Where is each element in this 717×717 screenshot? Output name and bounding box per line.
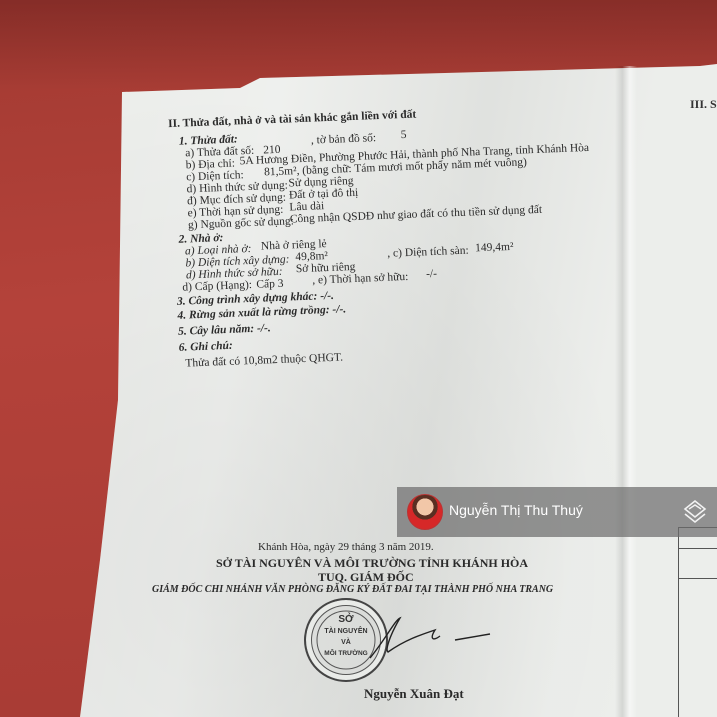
on-behalf: TUQ. GIÁM ĐỐC — [318, 570, 414, 585]
floor-area: 149,4m² — [475, 241, 514, 254]
grade: Cấp 3 — [256, 278, 284, 291]
user-watermark-bar[interactable]: Nguyễn Thị Thu Thuý — [397, 487, 717, 537]
notes: Thửa đất có 10,8m2 thuộc QHGT. — [185, 352, 343, 370]
own-term: -/- — [426, 268, 437, 280]
stacked-chevrons-logo-icon[interactable] — [681, 497, 709, 525]
notes-heading: 6. Ghi chú: — [179, 340, 233, 354]
date-line: Khánh Hòa, ngày 29 tháng 3 năm 2019. — [258, 541, 434, 553]
table-line — [679, 548, 717, 549]
floor-area-label: , c) Diện tích sàn: — [387, 245, 469, 260]
origin: Công nhận QSDĐ như giao đất có thu tiền … — [290, 204, 543, 226]
signature — [360, 610, 500, 670]
map-sheet: 5 — [401, 129, 407, 141]
perennial: 5. Cây lâu năm: -/-. — [178, 322, 271, 338]
section-title: II. Thửa đất, nhà ở và tài sản khác gắn … — [168, 109, 416, 131]
user-name[interactable]: Nguyễn Thị Thu Thuý — [449, 502, 583, 518]
grade-label: d) Cấp (Hạng): — [182, 279, 252, 294]
user-avatar-icon[interactable] — [407, 494, 443, 530]
table-line — [679, 578, 717, 579]
agency: SỞ TÀI NGUYÊN VÀ MÔI TRƯỜNG TỈNH KHÁNH H… — [216, 556, 528, 571]
director-title: GIÁM ĐỐC CHI NHÁNH VĂN PHÒNG ĐĂNG KÝ ĐẤT… — [152, 584, 553, 595]
map-sheet-label: , tờ bản đồ số: — [311, 132, 377, 146]
section-iii-table — [678, 527, 717, 717]
own-term-label: , e) Thời hạn sở hữu: — [312, 271, 409, 287]
signer-name: Nguyễn Xuân Đạt — [364, 686, 464, 702]
